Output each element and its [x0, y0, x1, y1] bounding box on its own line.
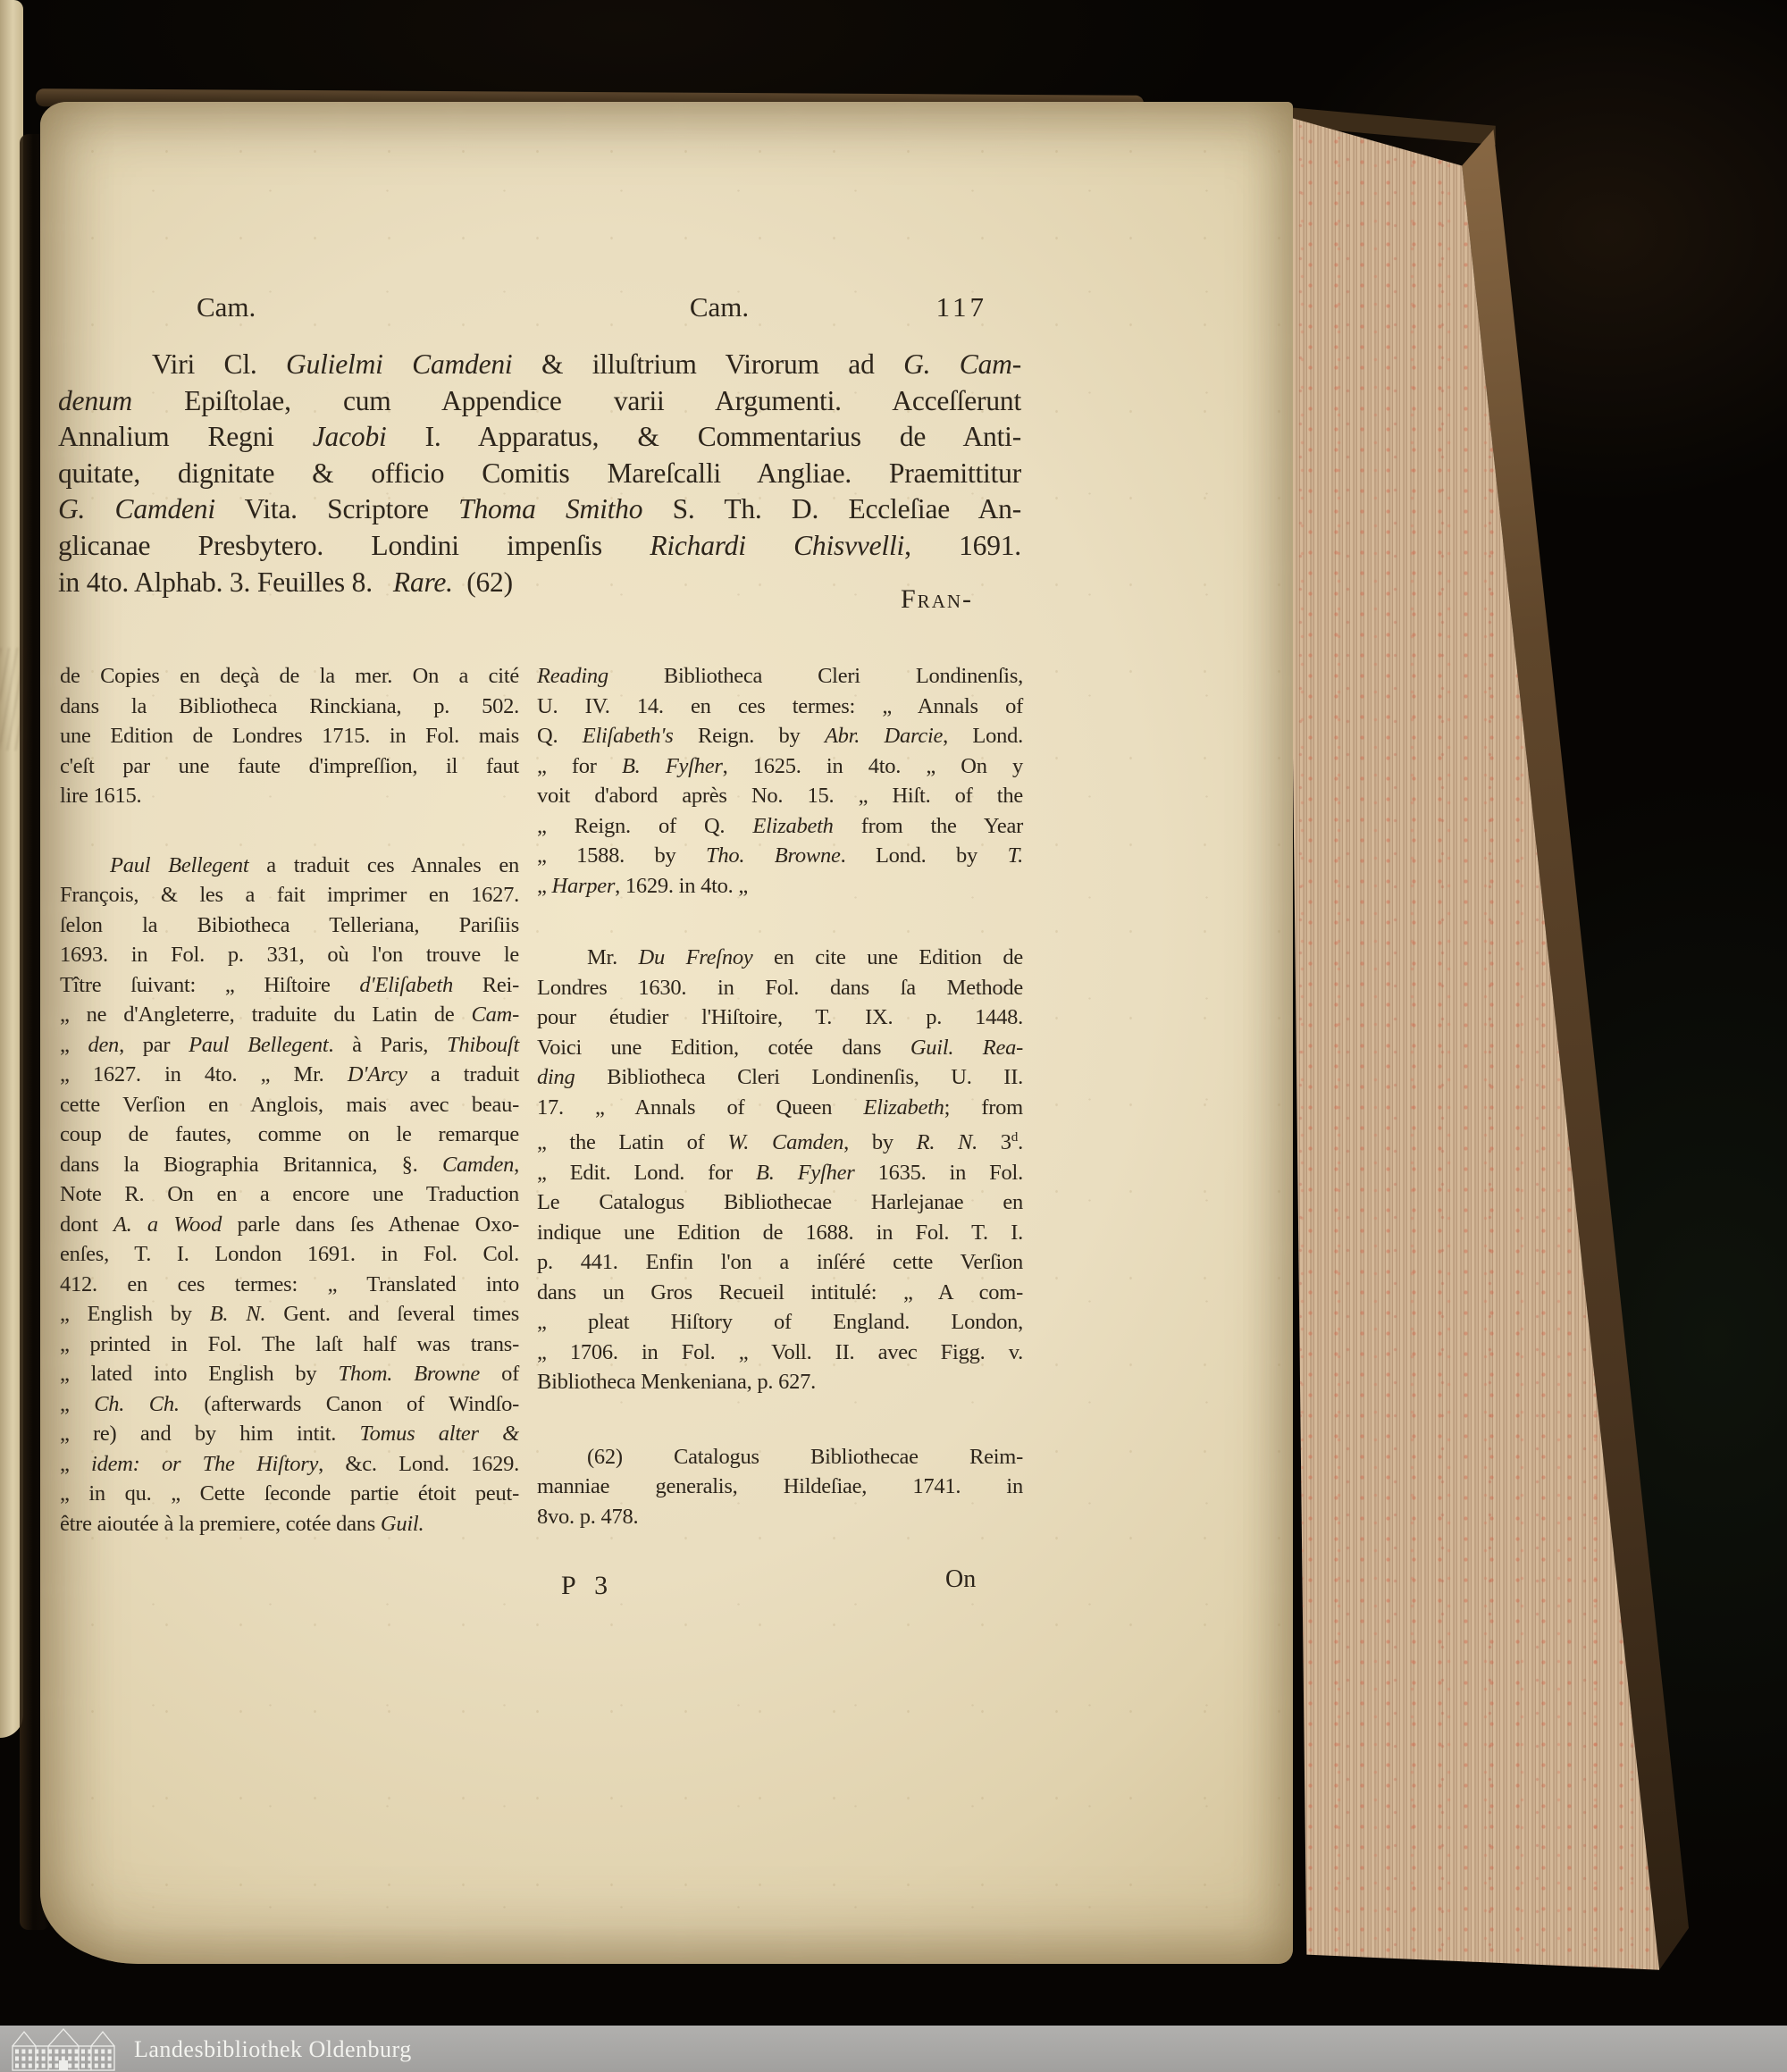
- text-segment: „ English by: [60, 1302, 210, 1326]
- text-line: Voici une Edition, cotée dans Guil. Rea-: [537, 1033, 1023, 1063]
- text-segment: Abr. Darcie: [825, 724, 943, 748]
- text-segment: Annalium Regni: [58, 421, 313, 452]
- text-segment: I. Apparatus, & Commentarius de Anti-: [387, 421, 1021, 452]
- text-line: dans un Gros Recueil intitulé: „ A com-: [537, 1278, 1023, 1308]
- text-line: Mr. Du Freſnoy en cite une Edition de: [537, 943, 1023, 973]
- text-line: ding Bibliotheca Cleri Londinenſis, U. I…: [537, 1062, 1023, 1093]
- text-line: „ pleat Hiſtory of England. London,: [537, 1307, 1023, 1338]
- text-segment: une Edition de Londres 1715. in Fol. mai…: [60, 724, 519, 748]
- text-segment: a traduit ces Annales en: [248, 853, 519, 877]
- text-line: „ the Latin of W. Camden, by R. N. 3d.: [537, 1122, 1023, 1158]
- text-line: Annalium Regni Jacobi I. Apparatus, & Co…: [58, 419, 1021, 456]
- text-line: Paul Bellegent a traduit ces Annales en: [60, 851, 519, 881]
- text-line: „ Reign. of Q. Elizabeth from the Year: [537, 811, 1023, 842]
- text-line: „ lated into English by Thom. Browne of: [60, 1359, 519, 1389]
- text-segment: 1635. in Fol.: [855, 1161, 1023, 1185]
- text-segment: , by: [843, 1130, 916, 1154]
- text-segment: D'Arcy: [348, 1062, 407, 1086]
- text-segment: Thom. Browne: [338, 1362, 480, 1386]
- text-line: Note R. On en a encore une Traduction: [60, 1179, 519, 1210]
- text-line: „ idem: or The Hiſtory, &c. Lond. 1629.: [60, 1449, 519, 1480]
- library-building-logo: [7, 2028, 120, 2071]
- text-segment: Gent. and ſeveral times: [265, 1302, 519, 1326]
- text-line: glicanae Presbytero. Londini impenſis Ri…: [58, 528, 1021, 565]
- book-fore-edge: [1269, 86, 1689, 1989]
- text-segment: Thoma Smitho: [458, 493, 642, 524]
- text-line: Londres 1630. in Fol. dans ſa Methode: [537, 973, 1023, 1003]
- text-segment: Jacobi: [313, 421, 387, 452]
- text-segment: „ Reign. of Q.: [537, 814, 752, 838]
- text-line: dans la Biographia Britannica, §. Camden…: [60, 1150, 519, 1180]
- text-segment: Elizabeth: [752, 814, 833, 838]
- text-segment: „ ne d'Angleterre, traduite du Latin de: [60, 1002, 472, 1027]
- text-column-left: de Copies en deçà de la mer. On a citéda…: [60, 661, 519, 1539]
- text-segment: Epiſtolae, cum Appendice varii Argumenti…: [132, 385, 1021, 416]
- book-page: Cam. Cam. 117 Viri Cl. Gulielmi Camdeni …: [40, 102, 1293, 1964]
- text-line: in 4to. Alphab. 3. Feuilles 8. Rare. (62…: [58, 565, 1021, 601]
- library-name: Landesbibliothek Oldenburg: [134, 2036, 412, 2063]
- catchword-fran: Fran-: [901, 584, 973, 615]
- text-segment: Tomus alter &: [360, 1422, 519, 1446]
- text-line: dont A. a Wood parle dans ſes Athenae Ox…: [60, 1210, 519, 1240]
- text-segment: R. N.: [917, 1130, 977, 1154]
- text-segment: ; from: [944, 1095, 1023, 1120]
- text-line: Viri Cl. Gulielmi Camdeni & illuſtrium V…: [58, 347, 1021, 383]
- text-line: 412. en ces termes: „ Translated into: [60, 1270, 519, 1300]
- text-segment: Paul Bellegent: [189, 1033, 328, 1057]
- text-segment: „ in qu. „ Cette ſeconde partie étoit pe…: [60, 1481, 519, 1506]
- text-segment: den: [88, 1033, 119, 1057]
- text-segment: „ Edit. Lond. for: [537, 1161, 756, 1185]
- text-segment: coup de fautes, comme on le remarque: [60, 1122, 519, 1146]
- text-segment: cette Verſion en Anglois, mais avec beau…: [60, 1093, 519, 1117]
- text-segment: .: [1018, 1130, 1023, 1154]
- text-line: „ Edit. Lond. for B. Fyſher 1635. in Fol…: [537, 1158, 1023, 1188]
- text-line: François, & les a fait imprimer en 1627.: [60, 880, 519, 910]
- text-segment: „ lated into English by: [60, 1362, 338, 1386]
- text-segment: idem: or The Hiſtory: [91, 1452, 318, 1476]
- text-segment: & illuſtrium Virorum ad: [512, 348, 903, 380]
- text-segment: . à Paris,: [328, 1033, 447, 1057]
- text-segment: Reign. by: [674, 724, 825, 748]
- text-segment: Guil. Rea-: [910, 1036, 1023, 1060]
- text-segment: A. a Wood: [113, 1212, 222, 1237]
- text-segment: Bibliotheca Menkeniana, p. 627.: [537, 1370, 816, 1394]
- text-segment: de Copies en deçà de la mer. On a cité: [60, 664, 519, 688]
- text-segment: Tho. Browne: [706, 843, 841, 868]
- text-segment: Elizabeth: [863, 1095, 944, 1120]
- text-segment: Voici une Edition, cotée dans: [537, 1036, 910, 1060]
- text-segment: (62) Catalogus Bibliothecae Reim-: [587, 1445, 1023, 1469]
- text-line: denum Epiſtolae, cum Appendice varii Arg…: [58, 383, 1021, 420]
- text-segment: enſes, T. I. London 1691. in Fol. Col.: [60, 1242, 519, 1266]
- running-header-left: Cam.: [197, 291, 256, 323]
- text-line: enſes, T. I. London 1691. in Fol. Col.: [60, 1239, 519, 1270]
- text-segment: quitate, dignitate & officio Comitis Mar…: [58, 457, 1021, 489]
- text-line: Le Catalogus Bibliothecae Harlejanae en: [537, 1187, 1023, 1218]
- text-segment: Cam-: [472, 1002, 519, 1027]
- text-segment: S. Th. D. Eccleſiae An-: [642, 493, 1021, 524]
- catchword-on: On: [945, 1565, 976, 1594]
- text-line: (62) Catalogus Bibliothecae Reim-: [537, 1442, 1023, 1472]
- text-segment: parle dans ſes Athenae Oxo-: [222, 1212, 519, 1237]
- text-segment: U. IV. 14. en ces termes: „ Annals of: [537, 694, 1023, 718]
- text-line: une Edition de Londres 1715. in Fol. mai…: [60, 721, 519, 751]
- running-header-center: Cam.: [657, 291, 782, 323]
- text-segment: glicanae Presbytero. Londini impenſis: [58, 530, 650, 561]
- text-segment: voit d'abord après No. 15. „ Hiſt. of th…: [537, 784, 1023, 808]
- text-line: Tître ſuivant: „ Hiſtoire d'Eliſabeth Re…: [60, 970, 519, 1001]
- text-segment: , 1625. in 4to. „ On y: [723, 754, 1023, 778]
- text-segment: 8vo. p. 478.: [537, 1505, 638, 1529]
- text-line: „ Ch. Ch. (afterwards Canon of Windſo-: [60, 1389, 519, 1420]
- text-segment: „ 1627. in 4to. „ Mr.: [60, 1062, 348, 1086]
- text-segment: Eliſabeth's: [583, 724, 674, 748]
- text-line: ſelon la Bibiotheca Telleriana, Pariſiis: [60, 910, 519, 941]
- text-segment: denum: [58, 385, 132, 416]
- text-segment: 1693. in Fol. p. 331, où l'on trouve le: [60, 943, 519, 967]
- text-line: „ printed in Fol. The laſt half was tran…: [60, 1330, 519, 1360]
- page-number: 117: [889, 291, 987, 323]
- text-segment: Q.: [537, 724, 583, 748]
- text-line: Reading Bibliotheca Cleri Londinenſis,: [537, 661, 1023, 692]
- text-segment: dont: [60, 1212, 113, 1237]
- text-segment: Le Catalogus Bibliothecae Harlejanae en: [537, 1190, 1023, 1214]
- text-line: U. IV. 14. en ces termes: „ Annals of: [537, 692, 1023, 722]
- book-right-edge: [1269, 86, 1689, 1989]
- text-line: „ 1627. in 4to. „ Mr. D'Arcy a traduit: [60, 1060, 519, 1090]
- text-segment: Bibliotheca Cleri Londinenſis, U. II.: [575, 1065, 1023, 1089]
- text-segment: . Lond. by: [841, 843, 1008, 868]
- text-segment: „ re) and by him intit.: [60, 1422, 360, 1446]
- text-line: „ 1706. in Fol. „ Voll. II. avec Figg. v…: [537, 1338, 1023, 1368]
- paragraph: Reading Bibliotheca Cleri Londinenſis,U.…: [537, 661, 1023, 901]
- text-line: quitate, dignitate & officio Comitis Mar…: [58, 456, 1021, 492]
- text-line: 17. „ Annals of Queen Elizabeth; from: [537, 1093, 1023, 1123]
- text-segment: T.: [1008, 843, 1023, 868]
- text-segment: from the Year: [834, 814, 1023, 838]
- text-segment: dans un Gros Recueil intitulé: „ A com-: [537, 1280, 1023, 1304]
- text-segment: Gulielmi Camdeni: [286, 348, 512, 380]
- text-line: „ in qu. „ Cette ſeconde partie étoit pe…: [60, 1479, 519, 1509]
- text-line: c'eſt par une faute d'impreſſion, il fau…: [60, 751, 519, 782]
- text-segment: Du Freſnoy: [639, 945, 753, 969]
- text-segment: c'eſt par une faute d'impreſſion, il fau…: [60, 754, 519, 778]
- text-line: „ 1588. by Tho. Browne. Lond. by T.: [537, 841, 1023, 871]
- text-segment: Ch. Ch.: [94, 1392, 180, 1416]
- text-line: Bibliotheca Menkeniana, p. 627.: [537, 1367, 1023, 1397]
- text-segment: „: [537, 874, 552, 898]
- text-segment: , par: [119, 1033, 189, 1057]
- text-segment: François, & les a fait imprimer en 1627.: [60, 883, 519, 907]
- text-segment: B. Fyſher: [622, 754, 723, 778]
- text-segment: Viri Cl.: [152, 348, 286, 380]
- text-line: de Copies en deçà de la mer. On a cité: [60, 661, 519, 692]
- paragraph: Paul Bellegent a traduit ces Annales enF…: [60, 851, 519, 1539]
- paragraph: de Copies en deçà de la mer. On a citéda…: [60, 661, 519, 811]
- text-segment: a traduit: [407, 1062, 519, 1086]
- text-segment: „ the Latin of: [537, 1130, 727, 1154]
- text-line: 1693. in Fol. p. 331, où l'on trouve le: [60, 940, 519, 970]
- text-segment: W. Camden: [727, 1130, 843, 1154]
- text-segment: „ for: [537, 754, 622, 778]
- text-line: „ ne d'Angleterre, traduite du Latin de …: [60, 1000, 519, 1030]
- paragraph: Mr. Du Freſnoy en cite une Edition deLon…: [537, 943, 1023, 1397]
- text-segment: Mr.: [587, 945, 639, 969]
- text-segment: Tître ſuivant: „ Hiſtoire: [60, 973, 359, 997]
- text-segment: ,: [514, 1153, 519, 1177]
- text-line: voit d'abord après No. 15. „ Hiſt. of th…: [537, 781, 1023, 811]
- text-line: „ Harper, 1629. in 4to. „: [537, 871, 1023, 902]
- text-line: 8vo. p. 478.: [537, 1502, 1023, 1532]
- text-segment: Note R. On en a encore une Traduction: [60, 1182, 519, 1206]
- text-segment: pour étudier l'Hiſtoire, T. IX. p. 1448.: [537, 1005, 1023, 1029]
- text-segment: „ pleat Hiſtory of England. London,: [537, 1310, 1023, 1334]
- text-segment: Paul Bellegent: [110, 853, 248, 877]
- text-line: „ for B. Fyſher, 1625. in 4to. „ On y: [537, 751, 1023, 782]
- paragraph: (62) Catalogus Bibliothecae Reim-manniae…: [537, 1442, 1023, 1532]
- text-segment: Camden: [442, 1153, 514, 1177]
- text-segment: , 1691.: [904, 530, 1021, 561]
- signature-mark: P 3: [561, 1571, 614, 1601]
- text-segment: (afterwards Canon of Windſo-: [180, 1392, 519, 1416]
- text-segment: Rei-: [453, 973, 519, 997]
- text-line: pour étudier l'Hiſtoire, T. IX. p. 1448.: [537, 1002, 1023, 1033]
- text-segment: indique une Edition de 1688. in Fol. T. …: [537, 1221, 1023, 1245]
- entry-paragraph: Viri Cl. Gulielmi Camdeni & illuſtrium V…: [58, 347, 1021, 600]
- text-line: G. Camdeni Vita. Scriptore Thoma Smitho …: [58, 491, 1021, 528]
- text-segment: , 1629. in 4to. „: [615, 874, 748, 898]
- text-segment: d'Eliſabeth: [359, 973, 453, 997]
- text-segment: of: [480, 1362, 519, 1386]
- text-line: „ re) and by him intit. Tomus alter &: [60, 1419, 519, 1449]
- text-line: être aioutée à la premiere, cotée dans G…: [60, 1509, 519, 1539]
- text-segment: Londres 1630. in Fol. dans ſa Methode: [537, 976, 1023, 1000]
- text-line: Q. Eliſabeth's Reign. by Abr. Darcie, Lo…: [537, 721, 1023, 751]
- text-line: manniae generalis, Hildeſiae, 1741. in: [537, 1472, 1023, 1502]
- text-segment: „: [60, 1452, 91, 1476]
- text-segment: 3: [977, 1130, 1011, 1154]
- text-segment: (62): [453, 566, 513, 598]
- text-column-right: Reading Bibliotheca Cleri Londinenſis,U.…: [537, 661, 1023, 1531]
- text-line: lire 1615.: [60, 781, 519, 811]
- text-segment: G. Cam-: [903, 348, 1021, 380]
- text-segment: Bibliotheca Cleri Londinenſis,: [608, 664, 1023, 688]
- text-segment: Richardi Chisvvelli: [650, 530, 904, 561]
- text-segment: „: [60, 1392, 94, 1416]
- text-segment: en cite une Edition de: [752, 945, 1023, 969]
- text-segment: Rare.: [393, 566, 453, 598]
- text-segment: dans la Biographia Britannica, §.: [60, 1153, 442, 1177]
- text-segment: Thibouſt: [447, 1033, 519, 1057]
- text-segment: p. 441. Enfin l'on a inſéré cette Verſio…: [537, 1250, 1023, 1274]
- text-segment: manniae generalis, Hildeſiae, 1741. in: [537, 1474, 1023, 1498]
- text-segment: 412. en ces termes: „ Translated into: [60, 1272, 519, 1296]
- text-segment: B. Fyſher: [756, 1161, 854, 1185]
- text-segment: Harper: [552, 874, 616, 898]
- text-line: coup de fautes, comme on le remarque: [60, 1120, 519, 1150]
- text-line: cette Verſion en Anglois, mais avec beau…: [60, 1090, 519, 1120]
- text-segment: , &c. Lond. 1629.: [318, 1452, 519, 1476]
- text-segment: „ printed in Fol. The laſt half was tran…: [60, 1332, 519, 1356]
- text-line: dans la Bibliotheca Rinckiana, p. 502.: [60, 692, 519, 722]
- text-segment: „: [60, 1033, 88, 1057]
- text-segment: Vita. Scriptore: [215, 493, 458, 524]
- text-segment: être aioutée à la premiere, cotée dans: [60, 1512, 381, 1536]
- text-segment: Guil.: [381, 1512, 424, 1536]
- text-segment: G. Camdeni: [58, 493, 215, 524]
- text-segment: Reading: [537, 664, 608, 688]
- text-segment: , Lond.: [943, 724, 1023, 748]
- text-line: indique une Edition de 1688. in Fol. T. …: [537, 1218, 1023, 1248]
- text-segment: in 4to. Alphab. 3. Feuilles 8.: [58, 566, 393, 598]
- text-segment: „ 1706. in Fol. „ Voll. II. avec Figg. v…: [537, 1340, 1023, 1364]
- text-segment: dans la Bibliotheca Rinckiana, p. 502.: [60, 694, 519, 718]
- text-segment: ſelon la Bibiotheca Telleriana, Pariſiis: [60, 913, 519, 937]
- text-segment: lire 1615.: [60, 784, 141, 808]
- text-segment: ding: [537, 1065, 575, 1089]
- text-segment: „ 1588. by: [537, 843, 706, 868]
- text-segment: 17. „ Annals of Queen: [537, 1095, 863, 1120]
- text-line: „ English by B. N. Gent. and ſeveral tim…: [60, 1299, 519, 1330]
- text-line: p. 441. Enfin l'on a inſéré cette Verſio…: [537, 1247, 1023, 1278]
- text-segment: B. N.: [210, 1302, 266, 1326]
- text-line: „ den, par Paul Bellegent. à Paris, Thib…: [60, 1030, 519, 1061]
